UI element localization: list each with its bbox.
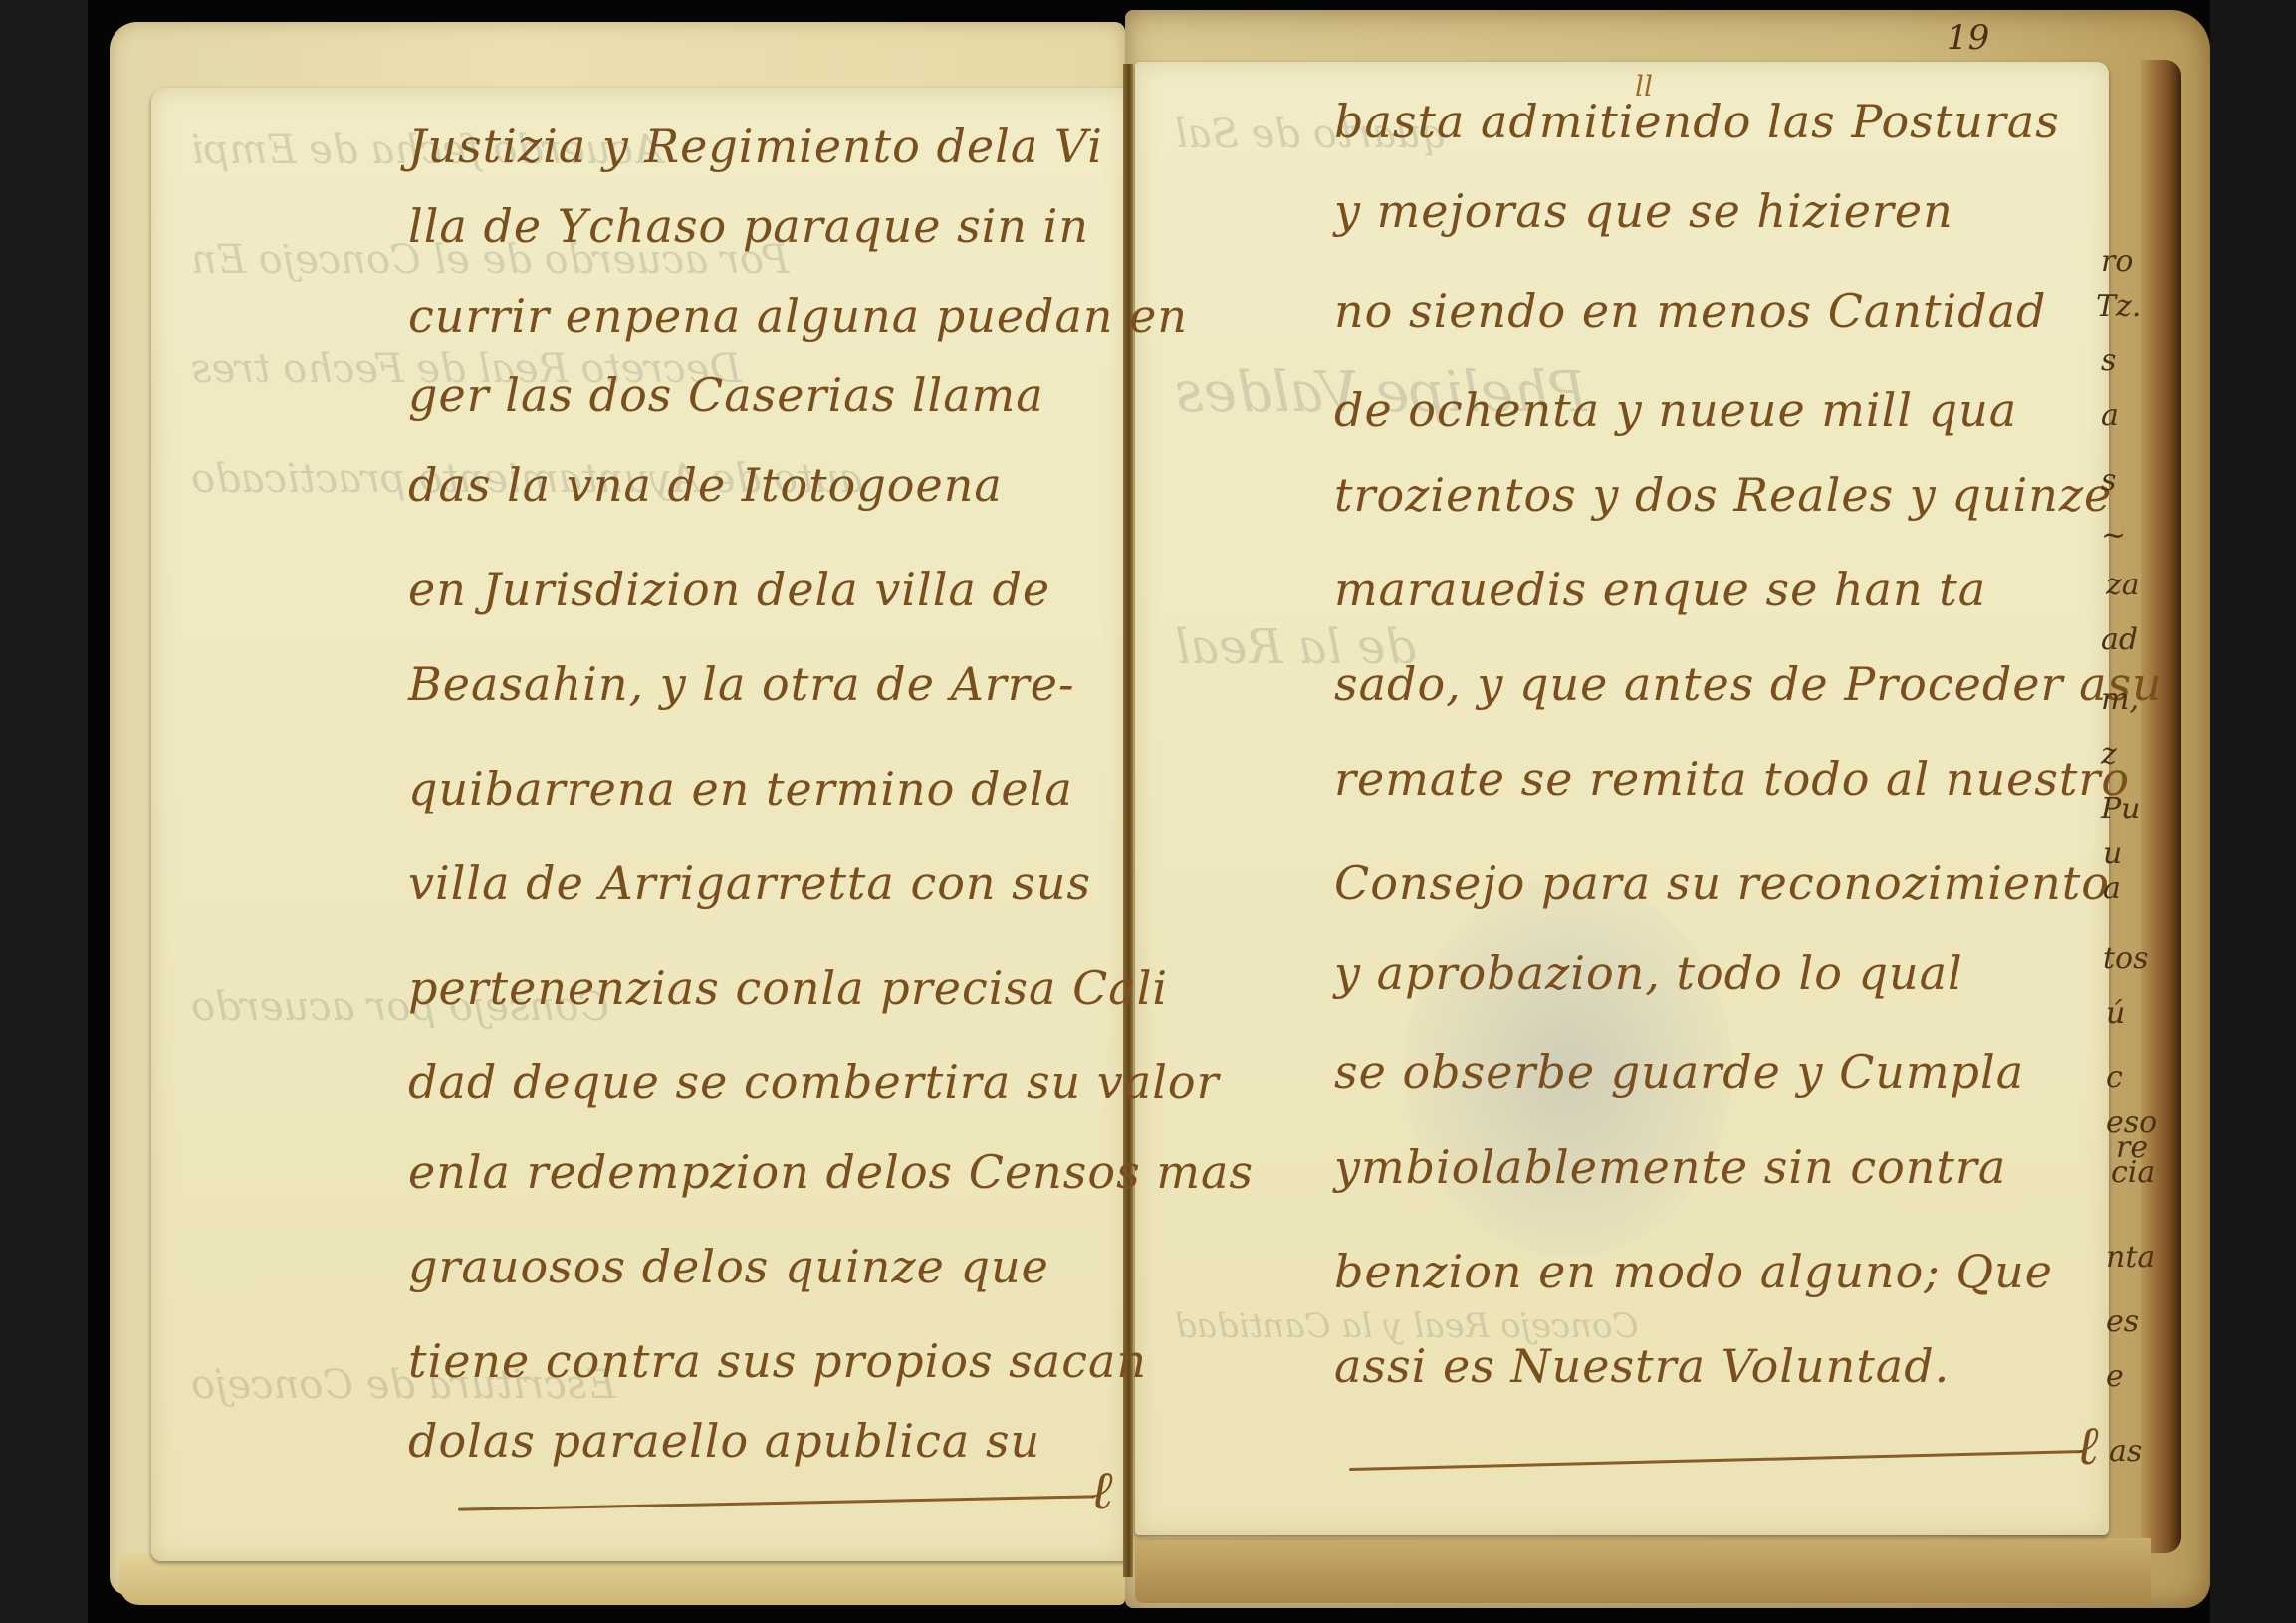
margin-fragment: s [2101, 463, 2116, 498]
margin-fragment: Tz. [2096, 289, 2141, 324]
margin-fragment: nta [2106, 1240, 2155, 1275]
margin-fragment: ad [2101, 622, 2138, 657]
text-line: das la vna de Itotogoena [408, 458, 1003, 512]
margin-fragment: u [2103, 836, 2122, 871]
text-line: y aprobazion, todo lo qual [1334, 946, 1963, 1000]
text-line: remate se remita todo al nuestro [1334, 752, 2130, 806]
margin-fragment: tos [2103, 941, 2149, 976]
text-line: ger las dos Caserias llama [408, 368, 1044, 422]
margin-fragment: za [2106, 568, 2140, 602]
margin-fragment: ú [2106, 996, 2125, 1031]
margin-fragment: Pu [2101, 792, 2141, 826]
text-line: trozientos y dos Reales y quinze [1334, 468, 2112, 522]
margin-fragment: ~ [2101, 518, 2126, 553]
text-line: assi es Nuestra Voluntad. [1334, 1339, 1950, 1393]
scan-frame-left [0, 0, 88, 1623]
margin-fragment: ro [2101, 244, 2133, 279]
text-line: se obserbe guarde y Cumpla [1334, 1045, 2024, 1099]
text-line: enla redempzion delos Censos mas [408, 1145, 1254, 1199]
margin-fragment: e [2106, 1359, 2124, 1394]
text-line: Beasahin, y la otra de Arre- [408, 657, 1075, 711]
text-line: quibarrena en termino dela [408, 762, 1073, 815]
text-line: villa de Arrigarretta con sus [408, 856, 1091, 910]
text-line: dolas paraello apublica su [408, 1414, 1040, 1468]
text-line: en Jurisdizion dela villa de [408, 563, 1050, 616]
text-line: currir enpena alguna puedan en [408, 289, 1188, 343]
text-line: sado, y que antes de Proceder asu [1334, 657, 2163, 711]
text-line: marauedis enque se han ta [1334, 563, 1986, 616]
text-line: pertenenzias conla precisa Cali [408, 961, 1168, 1015]
text-line: benzion en modo alguno; Que [1334, 1245, 2053, 1298]
text-line: grauosos delos quinze que [408, 1240, 1049, 1293]
text-line: Justizia y Regimiento dela Vi [408, 119, 1103, 173]
text-line: basta admitiendo las Posturas [1334, 95, 2060, 148]
margin-fragment: cia [2111, 1155, 2155, 1190]
text-line: de ochenta y nueue mill qua [1334, 383, 2017, 437]
text-line: tiene contra sus propios sacan [408, 1334, 1147, 1388]
text-line: lla de Ychaso paraque sin in [408, 199, 1089, 253]
margin-fragment: es [2106, 1304, 2139, 1339]
margin-fragment: a [2101, 398, 2119, 433]
margin-fragment: a [2103, 871, 2121, 906]
text-line: ymbiolablemente sin contra [1334, 1140, 2006, 1194]
text-line: no siendo en menos Cantidad [1334, 284, 2047, 338]
text-line: dad deque se combertira su valor [408, 1055, 1220, 1109]
margin-fragment: z [2101, 737, 2117, 772]
closing-flourish: ℓ [1090, 1459, 1113, 1521]
folio-number: 19 [1947, 18, 1989, 58]
margin-fragment: c [2106, 1060, 2123, 1095]
margin-fragment: m, [2101, 682, 2139, 717]
scan-frame-right [2210, 0, 2296, 1623]
margin-fragment: s [2101, 344, 2116, 378]
text-line: y mejoras que se hizieren [1334, 184, 1953, 238]
closing-flourish: ℓ [2076, 1414, 2099, 1477]
margin-fragment: as [2109, 1434, 2142, 1469]
book-edge-right [2141, 60, 2181, 1553]
page-bottom-edge-right [1135, 1538, 2151, 1603]
text-line: Consejo para su reconozimiento [1334, 856, 2110, 910]
